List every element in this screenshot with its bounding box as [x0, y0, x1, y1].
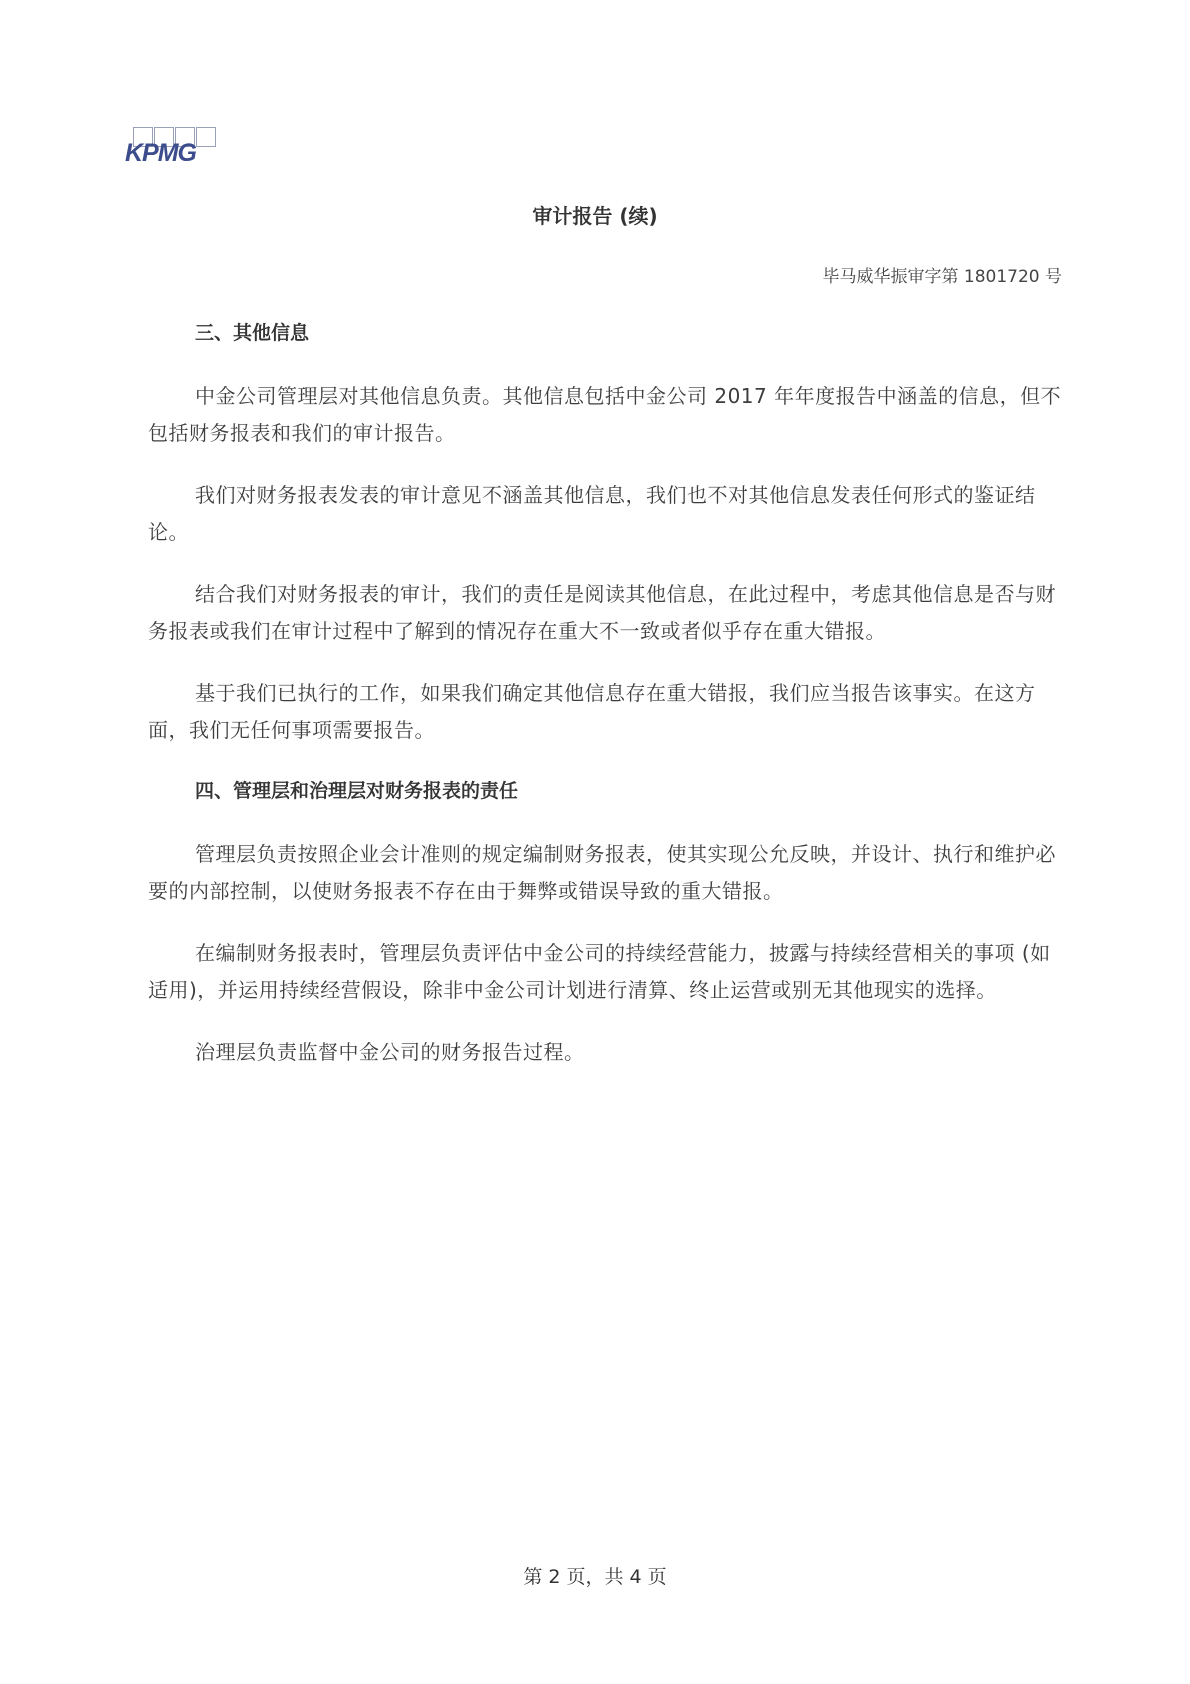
document-body: 三、其他信息 中金公司管理层对其他信息负责。其他信息包括中金公司 2017 年年…	[148, 316, 1066, 1071]
paragraph: 在编制财务报表时，管理层负责评估中金公司的持续经营能力，披露与持续经营相关的事项…	[148, 935, 1066, 1009]
document-title: 审计报告 (续)	[0, 200, 1190, 229]
page-number: 第 2 页，共 4 页	[0, 1562, 1190, 1589]
paragraph: 基于我们已执行的工作，如果我们确定其他信息存在重大错报，我们应当报告该事实。在这…	[148, 675, 1066, 749]
paragraph: 中金公司管理层对其他信息负责。其他信息包括中金公司 2017 年年度报告中涵盖的…	[148, 378, 1066, 452]
paragraph: 结合我们对财务报表的审计，我们的责任是阅读其他信息，在此过程中，考虑其他信息是否…	[148, 576, 1066, 650]
kpmg-logo: KPMG	[125, 127, 217, 165]
section-heading: 四、管理层和治理层对财务报表的责任	[148, 774, 1066, 808]
reference-number: 毕马威华振审字第 1801720 号	[822, 262, 1062, 287]
paragraph: 管理层负责按照企业会计准则的规定编制财务报表，使其实现公允反映，并设计、执行和维…	[148, 836, 1066, 910]
paragraph: 治理层负责监督中金公司的财务报告过程。	[148, 1034, 1066, 1071]
section-heading: 三、其他信息	[148, 316, 1066, 350]
paragraph: 我们对财务报表发表的审计意见不涵盖其他信息，我们也不对其他信息发表任何形式的鉴证…	[148, 477, 1066, 551]
logo-text: KPMG	[125, 139, 196, 168]
